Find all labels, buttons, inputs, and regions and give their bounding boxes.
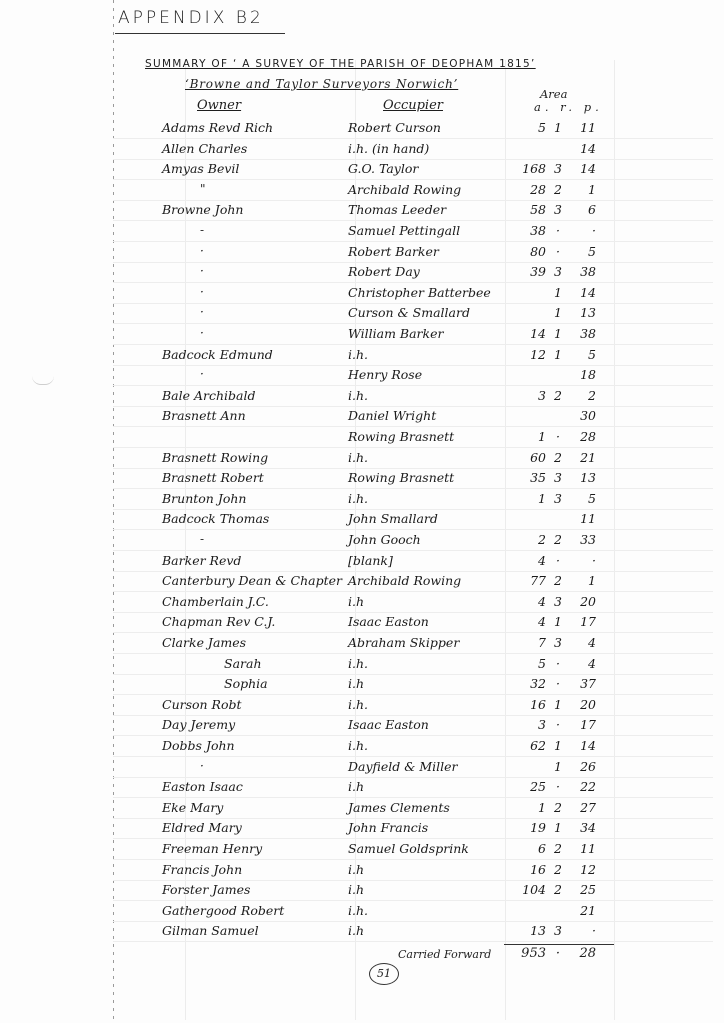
- perches-cell: 18: [570, 367, 596, 382]
- acres-cell: 6: [512, 841, 546, 856]
- table-row: Eldred MaryJohn Francis19134: [0, 820, 724, 841]
- perches-cell: 34: [570, 820, 596, 835]
- appendix-title: APPENDIX B2: [118, 8, 264, 28]
- occupier-cell: Robert Day: [348, 264, 420, 279]
- acres-cell: 4: [512, 614, 546, 629]
- perches-cell: 33: [570, 532, 596, 547]
- owner-cell: Brasnett Ann: [162, 408, 246, 423]
- roods-cell: 1: [550, 738, 566, 753]
- perches-cell: 14: [570, 738, 596, 753]
- occupier-cell: i.h. (in hand): [348, 141, 429, 156]
- acres-cell: 168: [512, 161, 546, 176]
- occupier-cell: John Gooch: [348, 532, 421, 547]
- occupier-cell: i.h.: [348, 491, 368, 506]
- perches-cell: 25: [570, 882, 596, 897]
- table-row: Sarahi.h.5·4: [0, 656, 724, 677]
- occupier-cell: i.h.: [348, 388, 368, 403]
- table-row: Easton Isaaci.h25·22: [0, 779, 724, 800]
- table-row: Francis Johni.h16212: [0, 862, 724, 883]
- owner-cell: Gilman Samuel: [162, 923, 259, 938]
- total-rule: [504, 944, 614, 945]
- roods-cell: 1: [550, 759, 566, 774]
- appendix-underline: [115, 33, 285, 34]
- table-row: Barker Revd[blank]4··: [0, 553, 724, 574]
- roods-cell: 3: [550, 161, 566, 176]
- ditto-mark: ·: [200, 367, 204, 381]
- owner-cell: Curson Robt: [162, 697, 242, 712]
- roods-cell: 1: [550, 820, 566, 835]
- acres-cell: 58: [512, 202, 546, 217]
- perches-cell: 14: [570, 285, 596, 300]
- acres-cell: 35: [512, 470, 546, 485]
- roods-cell: 2: [550, 573, 566, 588]
- occupier-cell: Daniel Wright: [348, 408, 436, 423]
- perches-cell: 20: [570, 594, 596, 609]
- owner-cell: Forster James: [162, 882, 250, 897]
- roods-cell: ·: [550, 676, 566, 691]
- perches-cell: 17: [570, 717, 596, 732]
- acres-cell: 4: [512, 594, 546, 609]
- occupier-cell: i.h: [348, 862, 364, 877]
- acres-cell: 5: [512, 120, 546, 135]
- owner-cell: Sophia: [224, 676, 268, 691]
- owner-cell: Day Jeremy: [162, 717, 235, 732]
- page-number: 51: [369, 963, 399, 985]
- perches-cell: 14: [570, 161, 596, 176]
- table-row: ·Robert Barker80·5: [0, 244, 724, 265]
- roods-cell: 2: [550, 388, 566, 403]
- perches-cell: ·: [570, 223, 596, 238]
- roods-cell: ·: [550, 553, 566, 568]
- occupier-cell: i.h.: [348, 697, 368, 712]
- perches-cell: 38: [570, 326, 596, 341]
- acres-cell: 14: [512, 326, 546, 341]
- roods-cell: ·: [550, 656, 566, 671]
- occupier-cell: Abraham Skipper: [348, 635, 459, 650]
- owner-cell: Clarke James: [162, 635, 246, 650]
- acres-cell: 32: [512, 676, 546, 691]
- table-row: Rowing Brasnett1·28: [0, 429, 724, 450]
- perches-cell: 14: [570, 141, 596, 156]
- table-row: Brunton Johni.h.135: [0, 491, 724, 512]
- perches-cell: 4: [570, 656, 596, 671]
- table-row: Amyas BevilG.O. Taylor168314: [0, 161, 724, 182]
- owner-cell: Brasnett Robert: [162, 470, 264, 485]
- ditto-mark: ·: [200, 264, 204, 278]
- table-row: ·Curson & Smallard113: [0, 305, 724, 326]
- ditto-mark: ·: [200, 244, 204, 258]
- acres-cell: 13: [512, 923, 546, 938]
- perches-cell: ·: [570, 553, 596, 568]
- occupier-cell: Isaac Easton: [348, 614, 429, 629]
- table-row: Badcock Edmundi.h.1215: [0, 347, 724, 368]
- roods-cell: 2: [550, 841, 566, 856]
- occupier-cell: i.h: [348, 676, 364, 691]
- table-row: Sophiai.h32·37: [0, 676, 724, 697]
- occupier-cell: Robert Barker: [348, 244, 439, 259]
- ditto-mark: ·: [200, 326, 204, 340]
- acres-cell: 104: [512, 882, 546, 897]
- perches-cell: 13: [570, 470, 596, 485]
- owner-cell: Francis John: [162, 862, 242, 877]
- owner-cell: Brasnett Rowing: [162, 450, 268, 465]
- occupier-cell: Samuel Pettingall: [348, 223, 460, 238]
- table-row: Browne JohnThomas Leeder5836: [0, 202, 724, 223]
- perches-cell: 4: [570, 635, 596, 650]
- occupier-cell: John Smallard: [348, 511, 438, 526]
- table-row: Curson Robti.h.16120: [0, 697, 724, 718]
- roods-cell: ·: [550, 717, 566, 732]
- occupier-cell: Rowing Brasnett: [348, 429, 454, 444]
- acres-cell: 60: [512, 450, 546, 465]
- table-row: -Samuel Pettingall38··: [0, 223, 724, 244]
- surveyors-line: ‘Browne and Taylor Surveyors Norwich’: [185, 77, 458, 91]
- owner-cell: Chapman Rev C.J.: [162, 614, 275, 629]
- roods-cell: 2: [550, 882, 566, 897]
- acres-cell: 5: [512, 656, 546, 671]
- owner-cell: Allen Charles: [162, 141, 247, 156]
- roods-cell: 1: [550, 305, 566, 320]
- table-row: ·Robert Day39338: [0, 264, 724, 285]
- roods-cell: 1: [550, 614, 566, 629]
- occupier-cell: William Barker: [348, 326, 443, 341]
- table-row: ·Henry Rose18: [0, 367, 724, 388]
- summary-title: SUMMARY OF ‘ A SURVEY OF THE PARISH OF D…: [145, 58, 536, 70]
- area-header: Area: [540, 87, 567, 101]
- roods-cell: 1: [550, 120, 566, 135]
- table-row: Brasnett RobertRowing Brasnett35313: [0, 470, 724, 491]
- owner-cell: Freeman Henry: [162, 841, 262, 856]
- acres-cell: 1: [512, 429, 546, 444]
- owner-cell: Bale Archibald: [162, 388, 256, 403]
- owner-cell: Adams Revd Rich: [162, 120, 273, 135]
- owner-cell: Sarah: [224, 656, 262, 671]
- table-row: Brasnett Rowingi.h.60221: [0, 450, 724, 471]
- roods-cell: ·: [550, 223, 566, 238]
- occupier-cell: Christopher Batterbee: [348, 285, 491, 300]
- table-row: -John Gooch2233: [0, 532, 724, 553]
- owner-cell: Browne John: [162, 202, 243, 217]
- roods-cell: 3: [550, 491, 566, 506]
- occupier-cell: John Francis: [348, 820, 428, 835]
- perches-cell: 21: [570, 903, 596, 918]
- occupier-header: Occupier: [383, 98, 443, 113]
- owner-cell: Badcock Thomas: [162, 511, 269, 526]
- owner-cell: Eldred Mary: [162, 820, 242, 835]
- acres-cell: 25: [512, 779, 546, 794]
- occupier-cell: i.h.: [348, 903, 368, 918]
- perches-cell: 11: [570, 841, 596, 856]
- ditto-mark: ·: [200, 759, 204, 773]
- perches-cell: 11: [570, 120, 596, 135]
- table-row: "Archibald Rowing2821: [0, 182, 724, 203]
- occupier-cell: i.h.: [348, 656, 368, 671]
- acres-cell: 16: [512, 862, 546, 877]
- table-row: Adams Revd RichRobert Curson5111: [0, 120, 724, 141]
- perches-cell: 2: [570, 388, 596, 403]
- perches-cell: 22: [570, 779, 596, 794]
- table-row: ·Christopher Batterbee114: [0, 285, 724, 306]
- table-row: Brasnett AnnDaniel Wright30: [0, 408, 724, 429]
- perches-cell: 6: [570, 202, 596, 217]
- perches-cell: 5: [570, 244, 596, 259]
- roods-cell: ·: [550, 779, 566, 794]
- perches-cell: 5: [570, 347, 596, 362]
- ditto-mark: -: [200, 532, 204, 546]
- occupier-cell: Rowing Brasnett: [348, 470, 454, 485]
- carried-forward-roods: ·: [550, 946, 566, 961]
- roods-cell: 1: [550, 285, 566, 300]
- roods-cell: 3: [550, 594, 566, 609]
- table-row: Chapman Rev C.J.Isaac Easton4117: [0, 614, 724, 635]
- ditto-mark: ·: [200, 285, 204, 299]
- acres-cell: 3: [512, 717, 546, 732]
- acres-cell: 77: [512, 573, 546, 588]
- occupier-cell: G.O. Taylor: [348, 161, 418, 176]
- perches-cell: 37: [570, 676, 596, 691]
- occupier-cell: [blank]: [348, 553, 393, 568]
- document-page: APPENDIX B2 SUMMARY OF ‘ A SURVEY OF THE…: [0, 0, 724, 1023]
- perches-cell: 11: [570, 511, 596, 526]
- owner-cell: Dobbs John: [162, 738, 235, 753]
- perches-cell: 28: [570, 429, 596, 444]
- roods-cell: ·: [550, 244, 566, 259]
- perches-cell: 26: [570, 759, 596, 774]
- acres-cell: 28: [512, 182, 546, 197]
- roods-cell: 3: [550, 202, 566, 217]
- ditto-mark: -: [200, 223, 204, 237]
- perches-cell: 1: [570, 182, 596, 197]
- roods-cell: 2: [550, 532, 566, 547]
- roods-cell: 3: [550, 635, 566, 650]
- roods-cell: ·: [550, 429, 566, 444]
- perches-cell: 21: [570, 450, 596, 465]
- owner-header: Owner: [197, 98, 241, 113]
- carried-forward-acres: 953: [512, 946, 546, 961]
- occupier-cell: i.h: [348, 779, 364, 794]
- perches-cell: 27: [570, 800, 596, 815]
- perches-cell: 13: [570, 305, 596, 320]
- carried-forward-perches: 28: [570, 946, 596, 961]
- perches-cell: 17: [570, 614, 596, 629]
- perches-cell: 38: [570, 264, 596, 279]
- perches-cell: 5: [570, 491, 596, 506]
- occupier-cell: Thomas Leeder: [348, 202, 446, 217]
- roods-cell: 3: [550, 923, 566, 938]
- area-units-header: a. r. p.: [534, 100, 603, 114]
- owner-cell: Badcock Edmund: [162, 347, 273, 362]
- roods-cell: 3: [550, 470, 566, 485]
- perches-cell: 20: [570, 697, 596, 712]
- table-row: Allen Charlesi.h. (in hand)14: [0, 141, 724, 162]
- acres-cell: 1: [512, 491, 546, 506]
- owner-cell: Canterbury Dean & Chapter: [162, 573, 342, 588]
- table-row: Forster Jamesi.h104225: [0, 882, 724, 903]
- occupier-cell: Robert Curson: [348, 120, 441, 135]
- occupier-cell: i.h: [348, 594, 364, 609]
- roods-cell: 2: [550, 800, 566, 815]
- acres-cell: 2: [512, 532, 546, 547]
- owner-cell: Barker Revd: [162, 553, 241, 568]
- acres-cell: 39: [512, 264, 546, 279]
- occupier-cell: i.h.: [348, 347, 368, 362]
- roods-cell: 1: [550, 697, 566, 712]
- occupier-cell: Henry Rose: [348, 367, 422, 382]
- carried-forward-label: Carried Forward: [398, 948, 491, 961]
- roods-cell: 2: [550, 862, 566, 877]
- table-row: ·William Barker14138: [0, 326, 724, 347]
- ditto-mark: ·: [200, 305, 204, 319]
- table-row: Clarke JamesAbraham Skipper734: [0, 635, 724, 656]
- occupier-cell: i.h.: [348, 738, 368, 753]
- acres-cell: 38: [512, 223, 546, 238]
- table-row: Badcock ThomasJohn Smallard11: [0, 511, 724, 532]
- acres-cell: 3: [512, 388, 546, 403]
- perches-cell: 30: [570, 408, 596, 423]
- roods-cell: 3: [550, 264, 566, 279]
- table-row: Chamberlain J.C.i.h4320: [0, 594, 724, 615]
- acres-cell: 4: [512, 553, 546, 568]
- table-row: Gathergood Roberti.h.21: [0, 903, 724, 924]
- occupier-cell: Dayfield & Miller: [348, 759, 458, 774]
- occupier-cell: Archibald Rowing: [348, 182, 461, 197]
- roods-cell: 1: [550, 347, 566, 362]
- occupier-cell: i.h.: [348, 450, 368, 465]
- occupier-cell: Samuel Goldsprink: [348, 841, 469, 856]
- acres-cell: 16: [512, 697, 546, 712]
- acres-cell: 1: [512, 800, 546, 815]
- owner-cell: Easton Isaac: [162, 779, 243, 794]
- table-row: Canterbury Dean & ChapterArchibald Rowin…: [0, 573, 724, 594]
- roods-cell: 2: [550, 182, 566, 197]
- table-row: Gilman Samueli.h133·: [0, 923, 724, 944]
- perches-cell: ·: [570, 923, 596, 938]
- occupier-cell: Isaac Easton: [348, 717, 429, 732]
- occupier-cell: i.h: [348, 923, 364, 938]
- roods-cell: 1: [550, 326, 566, 341]
- occupier-cell: Archibald Rowing: [348, 573, 461, 588]
- owner-cell: Chamberlain J.C.: [162, 594, 269, 609]
- table-row: Bale Archibaldi.h.322: [0, 388, 724, 409]
- owner-cell: Amyas Bevil: [162, 161, 239, 176]
- occupier-cell: i.h: [348, 882, 364, 897]
- acres-cell: 62: [512, 738, 546, 753]
- acres-cell: 12: [512, 347, 546, 362]
- owner-cell: Brunton John: [162, 491, 246, 506]
- acres-cell: 80: [512, 244, 546, 259]
- acres-cell: 7: [512, 635, 546, 650]
- table-row: Eke MaryJames Clements1227: [0, 800, 724, 821]
- roods-cell: 2: [550, 450, 566, 465]
- owner-cell: Eke Mary: [162, 800, 223, 815]
- table-row: Dobbs Johni.h.62114: [0, 738, 724, 759]
- acres-cell: 19: [512, 820, 546, 835]
- table-row: Day JeremyIsaac Easton3·17: [0, 717, 724, 738]
- perches-cell: 12: [570, 862, 596, 877]
- ditto-mark: ": [200, 182, 206, 196]
- table-row: Freeman HenrySamuel Goldsprink6211: [0, 841, 724, 862]
- occupier-cell: James Clements: [348, 800, 450, 815]
- owner-cell: Gathergood Robert: [162, 903, 284, 918]
- occupier-cell: Curson & Smallard: [348, 305, 470, 320]
- perches-cell: 1: [570, 573, 596, 588]
- table-row: ·Dayfield & Miller126: [0, 759, 724, 780]
